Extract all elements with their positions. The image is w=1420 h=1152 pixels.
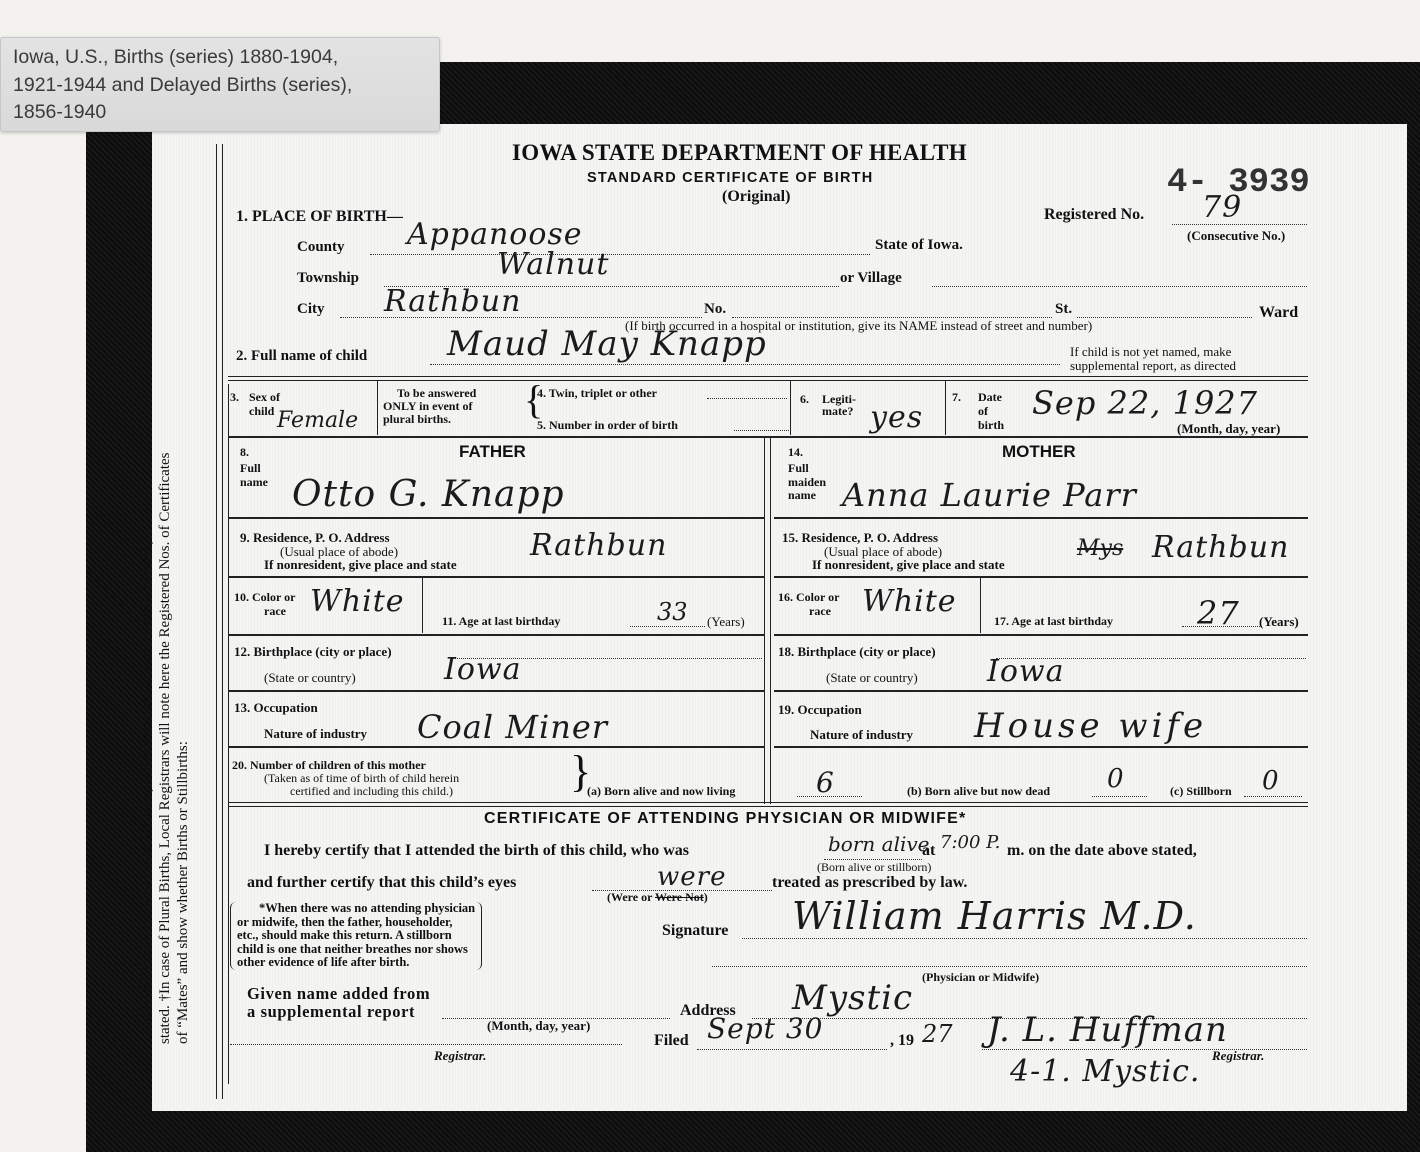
sex-label-1: Sex of [249,390,280,405]
father-heading: FATHER [459,442,526,462]
sex-label-2: child [249,404,274,419]
father-occupation-label: 13. Occupation [234,700,318,716]
footnote-line-1: *When there was no attending physician [237,902,475,916]
consecutive-no-label: (Consecutive No.) [1187,228,1285,244]
sex-value: Female [277,408,358,433]
supplemental-label-1: Given name added from [247,984,430,1004]
mother-num: 14. [788,445,803,460]
certificate-subtitle: STANDARD CERTIFICATE OF BIRTH [587,170,873,186]
mother-industry-label: Nature of industry [810,727,913,743]
footnote-line-5: other evidence of life after birth. [237,956,475,970]
mother-divider-3 [774,634,1308,636]
born-alive-note: (Born alive or stillborn) [817,860,931,875]
side-note-line-2: of “Mates” and show whether Births or St… [174,453,192,1045]
filed-year-prefix: , 19 [890,1032,914,1050]
village-label: or Village [840,270,902,287]
father-name-value: Otto G. Knapp [292,474,565,515]
father-divider-2 [228,576,764,578]
physician-heading: CERTIFICATE OF ATTENDING PHYSICIAN OR MI… [484,810,966,828]
registrar-signature: J. L. Huffman [987,1010,1228,1050]
father-color-value: White [310,584,405,619]
children-b-value: 0 [1107,764,1125,794]
filed-date-value: Sept 30 [707,1012,823,1045]
mother-name-label-1: Full [788,461,809,476]
mother-age-unit: (Years) [1259,614,1299,630]
certify-line2-a: and further certify that this child’s ey… [247,874,516,892]
registrar-note: 4-1. Mystic. [1010,1054,1200,1089]
city-label: City [297,301,325,318]
children-c-value: 0 [1262,766,1280,796]
were-note-a: (Were or [607,890,655,904]
born-status-value: born alive [828,832,930,856]
footnote-line-2: or midwife, then the father, householder… [237,916,475,930]
parents-column-divider [764,438,765,804]
mother-divider-4 [774,690,1308,692]
birth-order-line [734,430,789,431]
certify-line1-c: m. on the date above stated, [1007,842,1197,860]
father-industry-label: Nature of industry [264,726,367,742]
children-b-line [1092,796,1147,797]
registrar-left-line [230,1044,622,1045]
filed-year-value: 27 [922,1020,953,1048]
section-divider-3 [228,802,1308,807]
child-name-value: Maud May Knapp [447,324,767,364]
county-line [370,254,870,255]
children-b-label: (b) Born alive but now dead [907,784,1050,799]
registrar-right-label: Registrar. [1212,1048,1264,1064]
signature-line-2 [712,966,1307,967]
left-border [216,144,217,1099]
city-value: Rathbun [384,284,521,319]
mother-divider-1 [774,517,1308,519]
mother-color-label-2: race [809,604,831,619]
street-label: St. [1055,301,1072,318]
birth-certificate-document: ...RATE RETURN must be made for each, an… [152,124,1407,1111]
father-age-unit: (Years) [707,614,745,630]
birth-time-value: 7:00 P. [940,832,1000,853]
mother-birthplace-value: Iowa [987,654,1064,689]
father-color-label-1: 10. Color or [234,590,295,605]
children-a-value: 6 [816,766,835,799]
father-residence-value: Rathbun [530,528,667,563]
side-margin-note: ...RATE RETURN must be made for each, an… [138,453,192,1045]
father-divider-4 [228,690,764,692]
section-divider-2 [228,436,1308,438]
physician-signature: William Harris M.D. [792,894,1197,938]
mother-color-value: White [862,584,957,619]
father-birthplace-label: 12. Birthplace (city or place) [234,644,392,659]
mother-name-label-3: name [788,488,816,503]
village-line [932,286,1307,287]
father-num: 8. [240,445,249,460]
birth-order-label: 5. Number in order of birth [537,418,678,433]
mother-birthplace-label: 18. Birthplace (city or place) [778,644,936,659]
legitimate-value: yes [870,400,923,435]
dob-label-1: Date [978,390,1002,405]
street-line [1077,317,1252,318]
divider-plural [790,380,791,435]
side-note-line-1: stated. †In case of Plural Births, Local… [156,453,174,1045]
signature-line [742,938,1307,939]
mother-color-label-1: 16. Color or [778,590,839,605]
father-occupation-value: Coal Miner [417,708,608,746]
stillborn-footnote: *When there was no attending physician o… [230,902,482,970]
mother-birthplace-sub: (State or country) [826,670,918,686]
place-of-birth-label: 1. PLACE OF BIRTH— [236,208,403,226]
mother-divider-2 [774,576,1308,578]
supplemental-date-note: (Month, day, year) [487,1018,590,1034]
registered-no-label: Registered No. [1044,206,1144,224]
street-no-label: No. [704,301,726,318]
father-color-divider [422,578,423,633]
sex-num: 3. [230,390,239,405]
registrar-left-label: Registrar. [434,1048,486,1064]
were-note-struck: Were Not [655,890,704,904]
father-residence-sub2: If nonresident, give place and state [264,557,457,573]
mother-residence-value: Rathbun [1152,530,1289,565]
county-label: County [297,239,345,256]
tooltip-line-2: 1921-1944 and Delayed Births (series), [13,72,439,100]
mother-divider-5 [774,746,1308,748]
township-value: Walnut [497,247,609,282]
certificate-title: IOWA STATE DEPARTMENT OF HEALTH [512,140,967,166]
plural-note-3: plural births. [383,412,451,427]
divider-sex [377,380,378,435]
mother-occupation-value: House wife [974,706,1207,746]
signature-label: Signature [662,922,728,940]
father-name-label-1: Full [240,461,261,476]
legitimate-label-2: mate? [822,404,853,419]
dob-num: 7. [952,390,961,405]
mother-color-divider [980,578,981,633]
tooltip-line-3: 1856-1940 [13,99,439,127]
mother-residence-struck: Mys [1077,536,1123,561]
filed-date-line [697,1049,887,1050]
certificate-original-label: (Original) [722,188,790,206]
divider-legit [945,380,946,435]
eyes-treated-value: were [657,862,726,892]
tooltip-line-1: Iowa, U.S., Births (series) 1880-1904, [13,44,439,72]
state-label: State of Iowa. [875,237,963,254]
footnote-line-4: child is one that neither breathes nor s… [237,943,475,957]
certify-line1-at: at [922,842,935,860]
mother-age-value: 27 [1197,594,1240,632]
child-name-label: 2. Full name of child [236,348,367,365]
father-birthplace-sub: (State or country) [264,670,356,686]
township-label: Township [297,270,359,287]
dob-format-note: (Month, day, year) [1177,421,1280,437]
side-note-line-0: ...RATE RETURN must be made for each, an… [138,453,156,1045]
were-note-c: ) [704,890,708,904]
ward-label: Ward [1259,304,1298,322]
child-name-line [430,364,1060,365]
footnote-line-3: etc., should make this return. A stillbo… [237,929,475,943]
twin-line [707,398,787,399]
certify-line1-a: I hereby certify that I attended the bir… [264,842,689,859]
father-divider-1 [228,517,764,519]
father-color-label-2: race [264,604,286,619]
father-name-label-2: name [240,475,268,490]
mother-age-label: 17. Age at last birthday [994,614,1113,629]
dob-label-2: of [978,404,988,419]
left-border-inner [222,144,223,1099]
mother-occupation-label: 19. Occupation [778,702,862,718]
father-birthplace-value: Iowa [444,652,521,687]
mother-heading: MOTHER [1002,442,1076,462]
supplemental-label-2: a supplemental report [247,1002,415,1022]
children-sub2: certified and including this child.) [290,784,453,799]
father-divider-3 [228,634,764,636]
mother-name-value: Anna Laurie Parr [842,476,1137,514]
father-age-label: 11. Age at last birthday [442,614,560,629]
twin-label: 4. Twin, triplet or other [537,386,657,401]
record-collection-tooltip: Iowa, U.S., Births (series) 1880-1904, 1… [0,37,440,132]
registered-no-value: 79 [1202,190,1242,225]
form-left-rule [228,384,229,1084]
physician-role-label: (Physician or Midwife) [922,970,1039,985]
children-c-line [1244,796,1302,797]
mother-residence-sub2: If nonresident, give place and state [812,557,1005,573]
filed-label: Filed [654,1032,689,1050]
certify-line2-b: treated as prescribed by law. [772,874,967,892]
father-age-value: 33 [657,598,688,626]
child-name-note-2: supplemental report, as directed [1070,358,1236,374]
father-age-line [630,626,705,627]
parents-column-divider-2 [770,438,771,804]
children-c-label: (c) Stillborn [1170,784,1232,799]
father-divider-5 [228,746,764,748]
legitimate-num: 6. [800,392,809,407]
children-a-label: (a) Born alive and now living [587,784,735,799]
section-divider-1 [228,376,1308,381]
dob-label-3: birth [978,418,1004,433]
date-of-birth-value: Sep 22, 1927 [1032,384,1258,422]
